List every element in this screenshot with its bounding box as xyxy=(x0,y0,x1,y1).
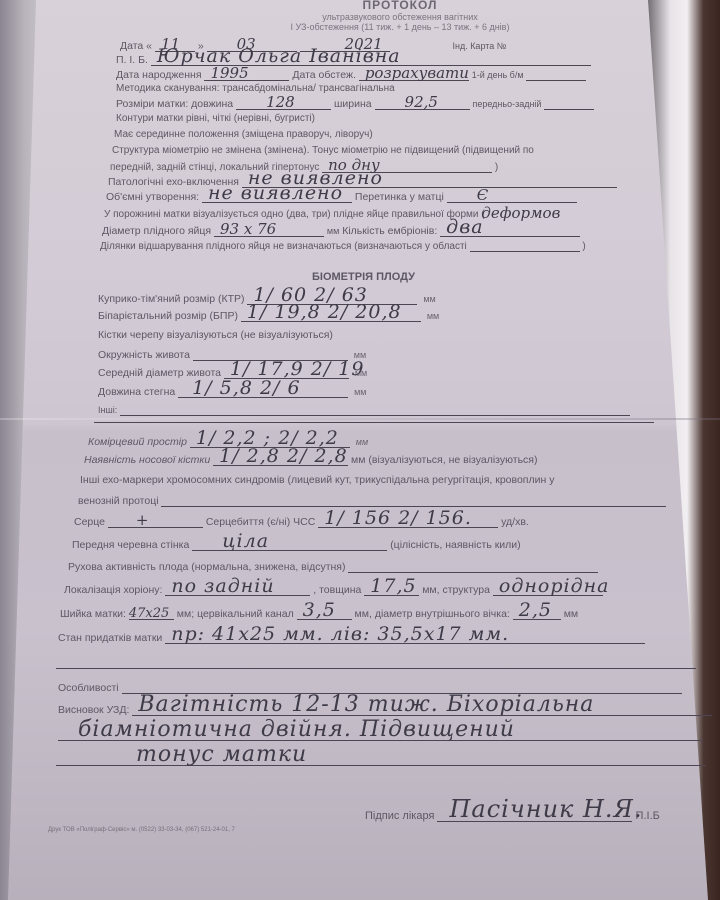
myometrium-text: Структура міометрію не змінена (змінена)… xyxy=(112,145,534,156)
egg-row: Діаметр плідного яйця 93 x 76 мм Кількіс… xyxy=(102,223,580,237)
conclusion-line-3[interactable]: тонус матки xyxy=(56,752,706,766)
structure-field[interactable]: однорідна xyxy=(493,582,603,596)
biometry-title: БІОМЕТРІЯ ПЛОДУ xyxy=(312,271,415,283)
adnexa-field[interactable]: пр: 41x25 мм. лів: 35,5x17 мм. xyxy=(165,630,645,644)
other-row: Інші: xyxy=(98,402,630,416)
printer-info: Друк ТОВ «Поліграф-Сервіс» м. (0522) 33-… xyxy=(48,827,235,833)
name-row: П. І. Б. Юрчак Ольга Іванівна xyxy=(116,52,591,66)
uterus-length-field[interactable]: 128 xyxy=(236,96,331,110)
ductus-field[interactable] xyxy=(161,493,666,507)
adnexa-line-2 xyxy=(56,668,696,669)
chorion-row: Локалізація хоріону: по задній , товщина… xyxy=(64,582,603,596)
conclusion-row-2: біамніотична двійня. Підвищений xyxy=(58,727,703,741)
abd-wall-field[interactable]: ціла xyxy=(192,537,387,551)
conclusion-line-2[interactable]: біамніотична двійня. Підвищений xyxy=(58,727,703,741)
document-subtitle: ультразвукового обстеження вагітних xyxy=(200,12,600,22)
card-label: Інд. Карта № xyxy=(452,41,506,51)
nasal-row: Наявність носової кістки 1/ 2,8 2/ 2,8 м… xyxy=(84,452,537,466)
heart-row: Серце + Серцебиття (є/ні) ЧСС 1/ 156 2/ … xyxy=(74,514,529,528)
conclusion-row: Висновок УЗД: Вагітність 12-13 тиж. Біхо… xyxy=(58,702,712,716)
uterus-position: Має серединне положення (зміщена правору… xyxy=(114,129,373,140)
septum-field[interactable]: Є xyxy=(447,189,577,203)
bpr-row: Біпарієтальний розмір (БПР) 1/ 19,8 2/ 2… xyxy=(98,308,439,322)
signature-row: Підпис лікаря Пасічник Н.Я. П.І.Б xyxy=(365,808,660,822)
birth-field[interactable]: 1995 xyxy=(204,67,289,81)
conclusion-line-1[interactable]: Вагітність 12-13 тиж. Біхоріальна xyxy=(132,702,712,716)
os-field[interactable]: 2,5 xyxy=(513,606,561,620)
thickness-field[interactable]: 17,5 xyxy=(364,582,419,596)
document-subtitle-2: І УЗ-обстеження (11 тиж. + 1 день – 13 т… xyxy=(200,22,600,32)
embryo-count-field[interactable]: два xyxy=(440,223,580,237)
skull-bones: Кістки черепу візуалізуються (не візуалі… xyxy=(98,329,333,341)
document-title: ПРОТОКОЛ xyxy=(200,0,600,12)
ductus-row: венозній протоці xyxy=(78,493,666,507)
volume-field[interactable]: не виявлено xyxy=(202,189,352,203)
other-markers: Інші ехо-маркери хромосомних синдромів (… xyxy=(80,474,554,486)
detach-row: Ділянки відшарування плідного яйця не ви… xyxy=(100,238,586,252)
cycle-field[interactable] xyxy=(526,67,586,81)
uterus-contour: Контури матки рівні, чіткі (нерівні, буг… xyxy=(116,113,315,124)
adnexa-row: Стан придатків матки пр: 41x25 мм. лів: … xyxy=(58,630,645,644)
uterus-ap-field[interactable] xyxy=(544,96,594,110)
ultrasound-protocol: ПРОТОКОЛ ультразвукового обстеження вагі… xyxy=(0,0,720,900)
volume-row: Об'ємні утворення: не виявлено Перетинка… xyxy=(106,189,577,203)
heart-field[interactable]: + xyxy=(108,514,203,528)
chorion-field[interactable]: по задній xyxy=(165,582,310,596)
motion-row: Рухова активність плода (нормальна, зниж… xyxy=(68,559,598,573)
uterus-size-row: Розміри матки: довжина 128 ширина 92,5 п… xyxy=(116,96,594,110)
cervix-field[interactable]: 47x25 xyxy=(129,606,174,620)
femur-field[interactable]: 1/ 5,8 2/ 6 xyxy=(178,384,348,398)
egg-diameter-field[interactable]: 93 x 76 xyxy=(214,223,324,237)
motion-field[interactable] xyxy=(348,559,598,573)
canal-field[interactable]: 3,5 xyxy=(297,606,352,620)
exam-date-field[interactable]: розрахувати xyxy=(359,67,469,81)
detach-field[interactable] xyxy=(470,238,580,252)
cavity-row: У порожнині матки візуалізується одно (д… xyxy=(104,207,557,220)
cervix-row: Шийка матки: 47x25 мм; цервікальний кана… xyxy=(60,606,578,620)
egg-shape-field[interactable]: деформов xyxy=(487,207,557,220)
abd-wall-row: Передня черевна стінка ціла (цілісність,… xyxy=(72,537,521,551)
hr-field[interactable]: 1/ 156 2/ 156. xyxy=(318,514,498,528)
birth-row: Дата народження 1995 Дата обстеж. розрах… xyxy=(116,67,586,81)
conclusion-row-3: тонус матки xyxy=(56,752,706,766)
scan-method: Методика сканування: трансабдомінальна/ … xyxy=(116,83,395,94)
femur-row: Довжина стегна 1/ 5,8 2/ 6 мм xyxy=(98,384,366,398)
signature-field[interactable]: Пасічник Н.Я. xyxy=(437,808,632,822)
other-field[interactable] xyxy=(120,402,630,416)
bpr-field[interactable]: 1/ 19,8 2/ 20,8 xyxy=(241,308,421,322)
uterus-width-field[interactable]: 92,5 xyxy=(375,96,470,110)
nasal-field[interactable]: 1/ 2,8 2/ 2,8 xyxy=(213,452,348,466)
patho-row: Патологічні ехо-включення не виявлено xyxy=(108,174,617,188)
other-line-2 xyxy=(94,422,654,423)
